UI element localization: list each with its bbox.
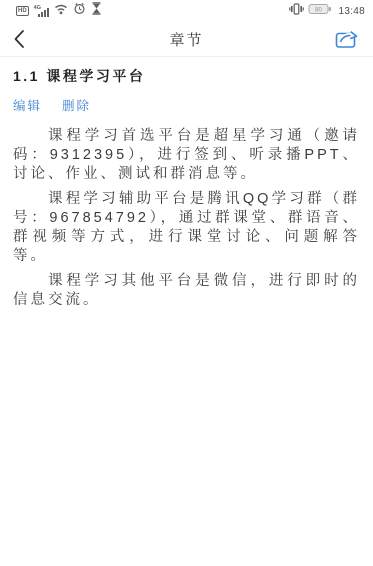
share-icon	[335, 29, 360, 49]
hd-icon: HD	[16, 6, 29, 16]
hourglass-icon	[91, 2, 102, 20]
delete-link[interactable]: 删除	[62, 96, 91, 114]
action-links: 编辑 删除	[13, 96, 360, 114]
status-left-icons: HD 4G	[16, 2, 102, 20]
battery-percent-text: 80	[316, 8, 323, 14]
battery-icon: 80	[308, 2, 332, 20]
clock-text: 13:48	[338, 6, 365, 17]
section-title: 1.1 课程学习平台	[13, 66, 360, 86]
paragraph: 课程学习首选平台是超星学习通（邀请码：9312395），进行签到、听录播PPT、…	[13, 127, 360, 184]
paragraph: 课程学习其他平台是微信，进行即时的信息交流。	[13, 272, 360, 310]
back-button[interactable]	[13, 27, 39, 51]
chapter-body: 课程学习首选平台是超星学习通（邀请码：9312395），进行签到、听录播PPT、…	[13, 127, 360, 310]
paragraph: 课程学习辅助平台是腾讯QQ学习群（群号：967854792），通过群课堂、群语音…	[13, 190, 360, 266]
status-right-icons: 80 13:48	[289, 2, 365, 20]
chevron-left-icon	[13, 29, 25, 49]
status-bar: HD 4G	[0, 0, 373, 22]
alarm-clock-icon	[73, 2, 86, 20]
page-title: 章节	[0, 29, 373, 50]
signal-4g-icon: 4G	[34, 5, 49, 18]
edit-link[interactable]: 编辑	[13, 96, 42, 114]
phone-screen: HD 4G	[0, 0, 373, 566]
chapter-content: 1.1 课程学习平台 编辑 删除 课程学习首选平台是超星学习通（邀请码：9312…	[0, 57, 373, 310]
share-button[interactable]	[334, 28, 360, 50]
vibrate-icon	[289, 2, 304, 20]
wifi-icon	[54, 2, 68, 20]
nav-bar: 章节	[0, 22, 373, 57]
